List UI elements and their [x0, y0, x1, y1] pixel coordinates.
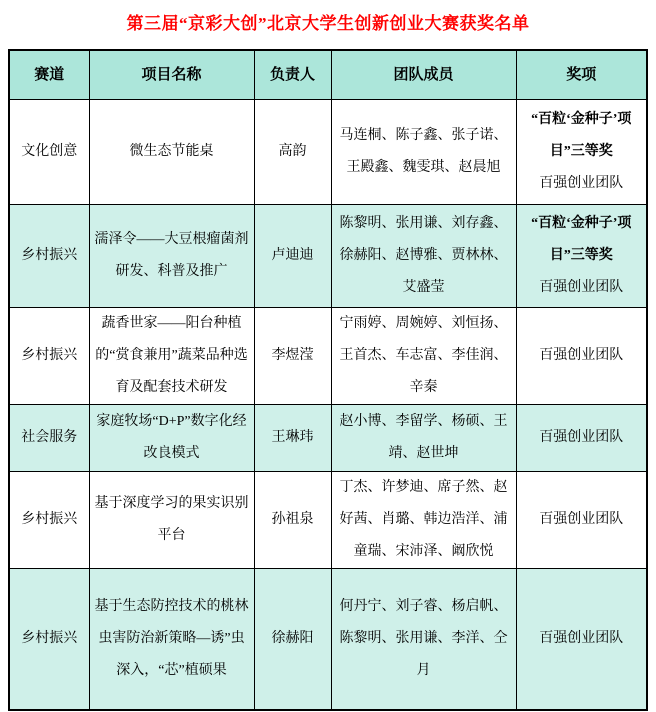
members-cell: 马连桐、陈子鑫、张子诺、王殿鑫、魏雯琪、赵晨旭	[331, 100, 516, 205]
members-cell: 宁雨婷、周婉婷、刘恒扬、王首杰、车志富、李佳润、辛秦	[331, 308, 516, 405]
leader-cell: 李煜滢	[254, 308, 331, 405]
table-row: 乡村振兴 濡泽令——大豆根瘤菌剂研发、科普及推广 卢迪迪 陈黎明、张用谦、刘存鑫…	[9, 205, 647, 308]
header-row: 赛道 项目名称 负责人 团队成员 奖项	[9, 50, 647, 100]
page-title: 第三届“京彩大创”北京大学生创新创业大赛获奖名单	[0, 0, 656, 34]
members-cell: 何丹宁、刘子睿、杨启帆、陈黎明、张用谦、李洋、仝月	[331, 569, 516, 710]
project-cell: 微生态节能桌	[89, 100, 254, 205]
award-basic-text: 百强创业团队	[520, 340, 644, 372]
award-cell: 百强创业团队	[516, 569, 647, 710]
leader-cell: 卢迪迪	[254, 205, 331, 308]
award-cell: 百强创业团队	[516, 308, 647, 405]
header-members: 团队成员	[331, 50, 516, 100]
members-cell: 丁杰、许梦迪、席子然、赵好茜、肖璐、韩边浩洋、浦童瑞、宋沛泽、阚欣悦	[331, 472, 516, 569]
table-row: 乡村振兴 基于生态防控技术的桃林虫害防治新策略—诱”虫深入，“芯”植硕果 徐赫阳…	[9, 569, 647, 710]
track-cell: 乡村振兴	[9, 205, 89, 308]
award-basic-text: 百强创业团队	[520, 623, 644, 655]
award-basic-text: 百强创业团队	[520, 272, 644, 304]
leader-cell: 孙祖泉	[254, 472, 331, 569]
leader-cell: 王琳玮	[254, 405, 331, 472]
members-cell: 陈黎明、张用谦、刘存鑫、徐赫阳、赵博雅、贾林林、艾盛莹	[331, 205, 516, 308]
award-table: 赛道 项目名称 负责人 团队成员 奖项 文化创意 微生态节能桌 高韵 马连桐、陈…	[8, 49, 648, 711]
project-cell: 基于生态防控技术的桃林虫害防治新策略—诱”虫深入，“芯”植硕果	[89, 569, 254, 710]
award-cell: “百粒‘金种子’项目”三等奖 百强创业团队	[516, 100, 647, 205]
leader-cell: 徐赫阳	[254, 569, 331, 710]
track-cell: 乡村振兴	[9, 308, 89, 405]
header-track: 赛道	[9, 50, 89, 100]
leader-cell: 高韵	[254, 100, 331, 205]
table-row: 社会服务 家庭牧场“D+P”数字化经改良模式 王琳玮 赵小博、李留学、杨硕、王靖…	[9, 405, 647, 472]
award-basic-text: 百强创业团队	[520, 168, 644, 200]
track-cell: 文化创意	[9, 100, 89, 205]
table-row: 乡村振兴 蔬香世家——阳台种植的“赏食兼用”蔬菜品种选育及配套技术研发 李煜滢 …	[9, 308, 647, 405]
project-cell: 家庭牧场“D+P”数字化经改良模式	[89, 405, 254, 472]
header-award: 奖项	[516, 50, 647, 100]
table-row: 文化创意 微生态节能桌 高韵 马连桐、陈子鑫、张子诺、王殿鑫、魏雯琪、赵晨旭 “…	[9, 100, 647, 205]
award-basic-text: 百强创业团队	[520, 422, 644, 454]
project-cell: 基于深度学习的果实识别平台	[89, 472, 254, 569]
award-bold-text: “百粒‘金种子’项目”三等奖	[520, 104, 644, 168]
award-basic-text: 百强创业团队	[520, 504, 644, 536]
project-cell: 蔬香世家——阳台种植的“赏食兼用”蔬菜品种选育及配套技术研发	[89, 308, 254, 405]
track-cell: 社会服务	[9, 405, 89, 472]
header-project: 项目名称	[89, 50, 254, 100]
award-cell: 百强创业团队	[516, 405, 647, 472]
award-cell: “百粒‘金种子’项目”三等奖 百强创业团队	[516, 205, 647, 308]
members-cell: 赵小博、李留学、杨硕、王靖、赵世坤	[331, 405, 516, 472]
award-cell: 百强创业团队	[516, 472, 647, 569]
header-leader: 负责人	[254, 50, 331, 100]
project-cell: 濡泽令——大豆根瘤菌剂研发、科普及推广	[89, 205, 254, 308]
award-bold-text: “百粒‘金种子’项目”三等奖	[520, 208, 644, 272]
track-cell: 乡村振兴	[9, 569, 89, 710]
track-cell: 乡村振兴	[9, 472, 89, 569]
table-row: 乡村振兴 基于深度学习的果实识别平台 孙祖泉 丁杰、许梦迪、席子然、赵好茜、肖璐…	[9, 472, 647, 569]
